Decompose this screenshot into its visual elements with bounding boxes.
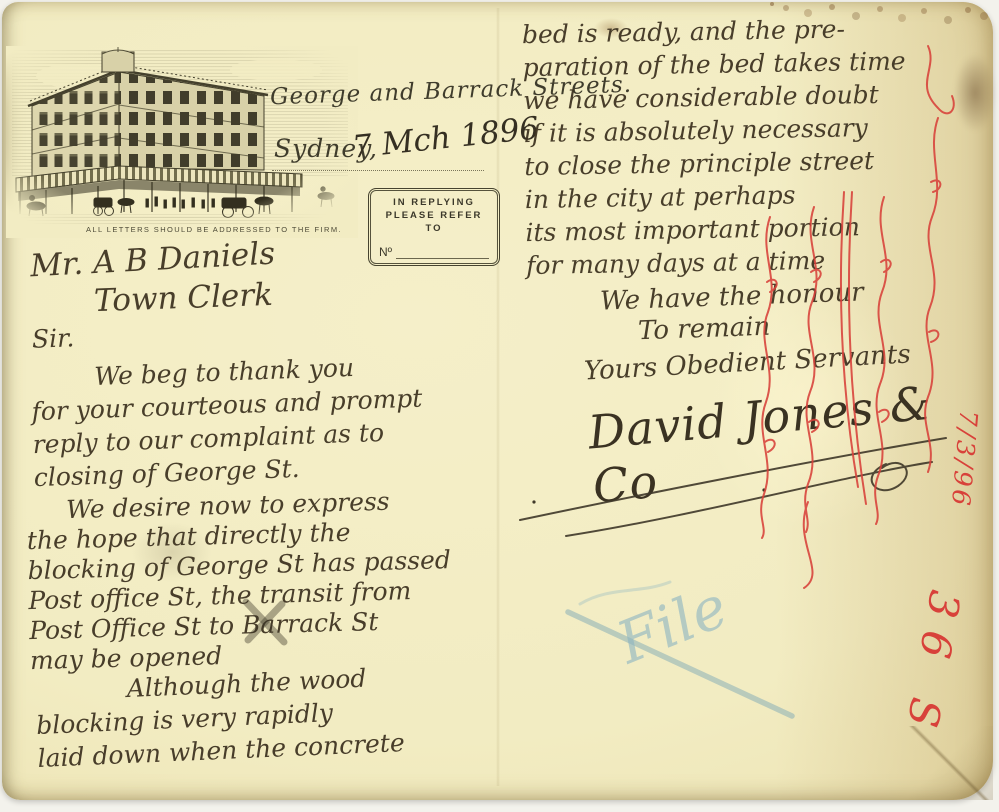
refer-box-line1: IN REPLYING xyxy=(375,196,493,209)
scanned-letter: George and Barrack Streets. Sydney, 7 Mc… xyxy=(0,0,999,812)
salutation: Sir. xyxy=(32,323,75,353)
blue-pencil-note: File xyxy=(550,564,816,759)
paragraph-left-3: Although the woodblocking is very rapidl… xyxy=(34,656,498,775)
refer-box-line2: PLEASE REFER TO xyxy=(375,209,493,235)
refer-number-blank xyxy=(396,246,489,259)
paragraph-left-1: We beg to thank youfor your courteous an… xyxy=(30,346,504,494)
date-rule xyxy=(272,170,484,171)
ink-crossout xyxy=(234,590,304,654)
letterhead-footnote: ALL LETTERS SHOULD BE ADDRESSED TO THE F… xyxy=(86,225,342,234)
refer-box: IN REPLYING PLEASE REFER TO Nº xyxy=(368,188,500,266)
recipient-title: Town Clerk xyxy=(93,277,273,319)
letter-date: 7 Mch 1896 xyxy=(351,110,541,165)
refer-number-label: Nº xyxy=(379,245,392,259)
letter-paper: George and Barrack Streets. Sydney, 7 Mc… xyxy=(2,2,993,800)
red-docket-script xyxy=(732,32,992,592)
red-file-number: 36 S xyxy=(895,587,970,745)
stain-speckles-top xyxy=(770,2,774,6)
